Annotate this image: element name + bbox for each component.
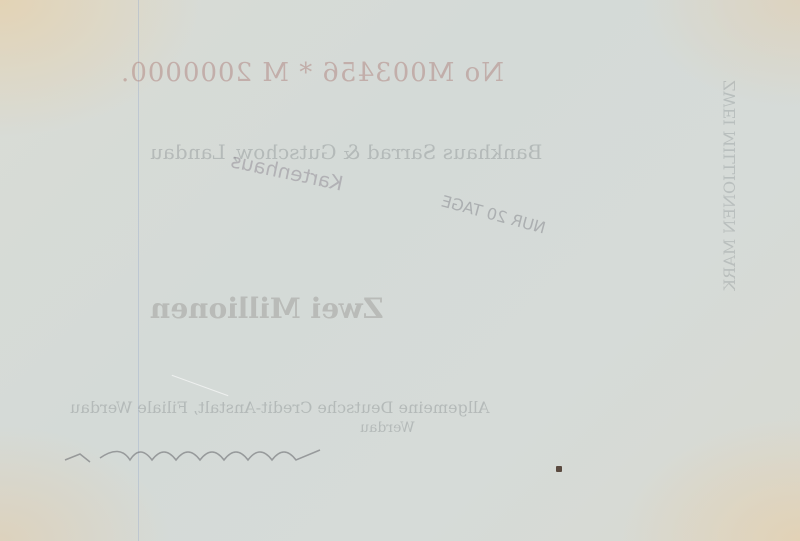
- ink-spot: [556, 466, 562, 472]
- signature-icon: [60, 440, 380, 470]
- issuer-line: Bankhaus Sarrad & Gutschow, Landau: [150, 140, 542, 164]
- serial-number: No M003456 * M 2000000.: [120, 58, 504, 88]
- paper-crease: [172, 375, 229, 396]
- document-scan: No M003456 * M 2000000. Bankhaus Sarrad …: [0, 0, 800, 541]
- denomination: Zwei Millionen: [150, 292, 384, 325]
- stamp-subtext: NUR 20 TAGE: [439, 191, 547, 237]
- city-line: Werdau: [360, 420, 415, 436]
- side-text: ZWEI MILLIONEN MARK: [720, 80, 744, 380]
- bank-line: Allgemeine Deutsche Credit-Anstalt, Fili…: [70, 398, 490, 417]
